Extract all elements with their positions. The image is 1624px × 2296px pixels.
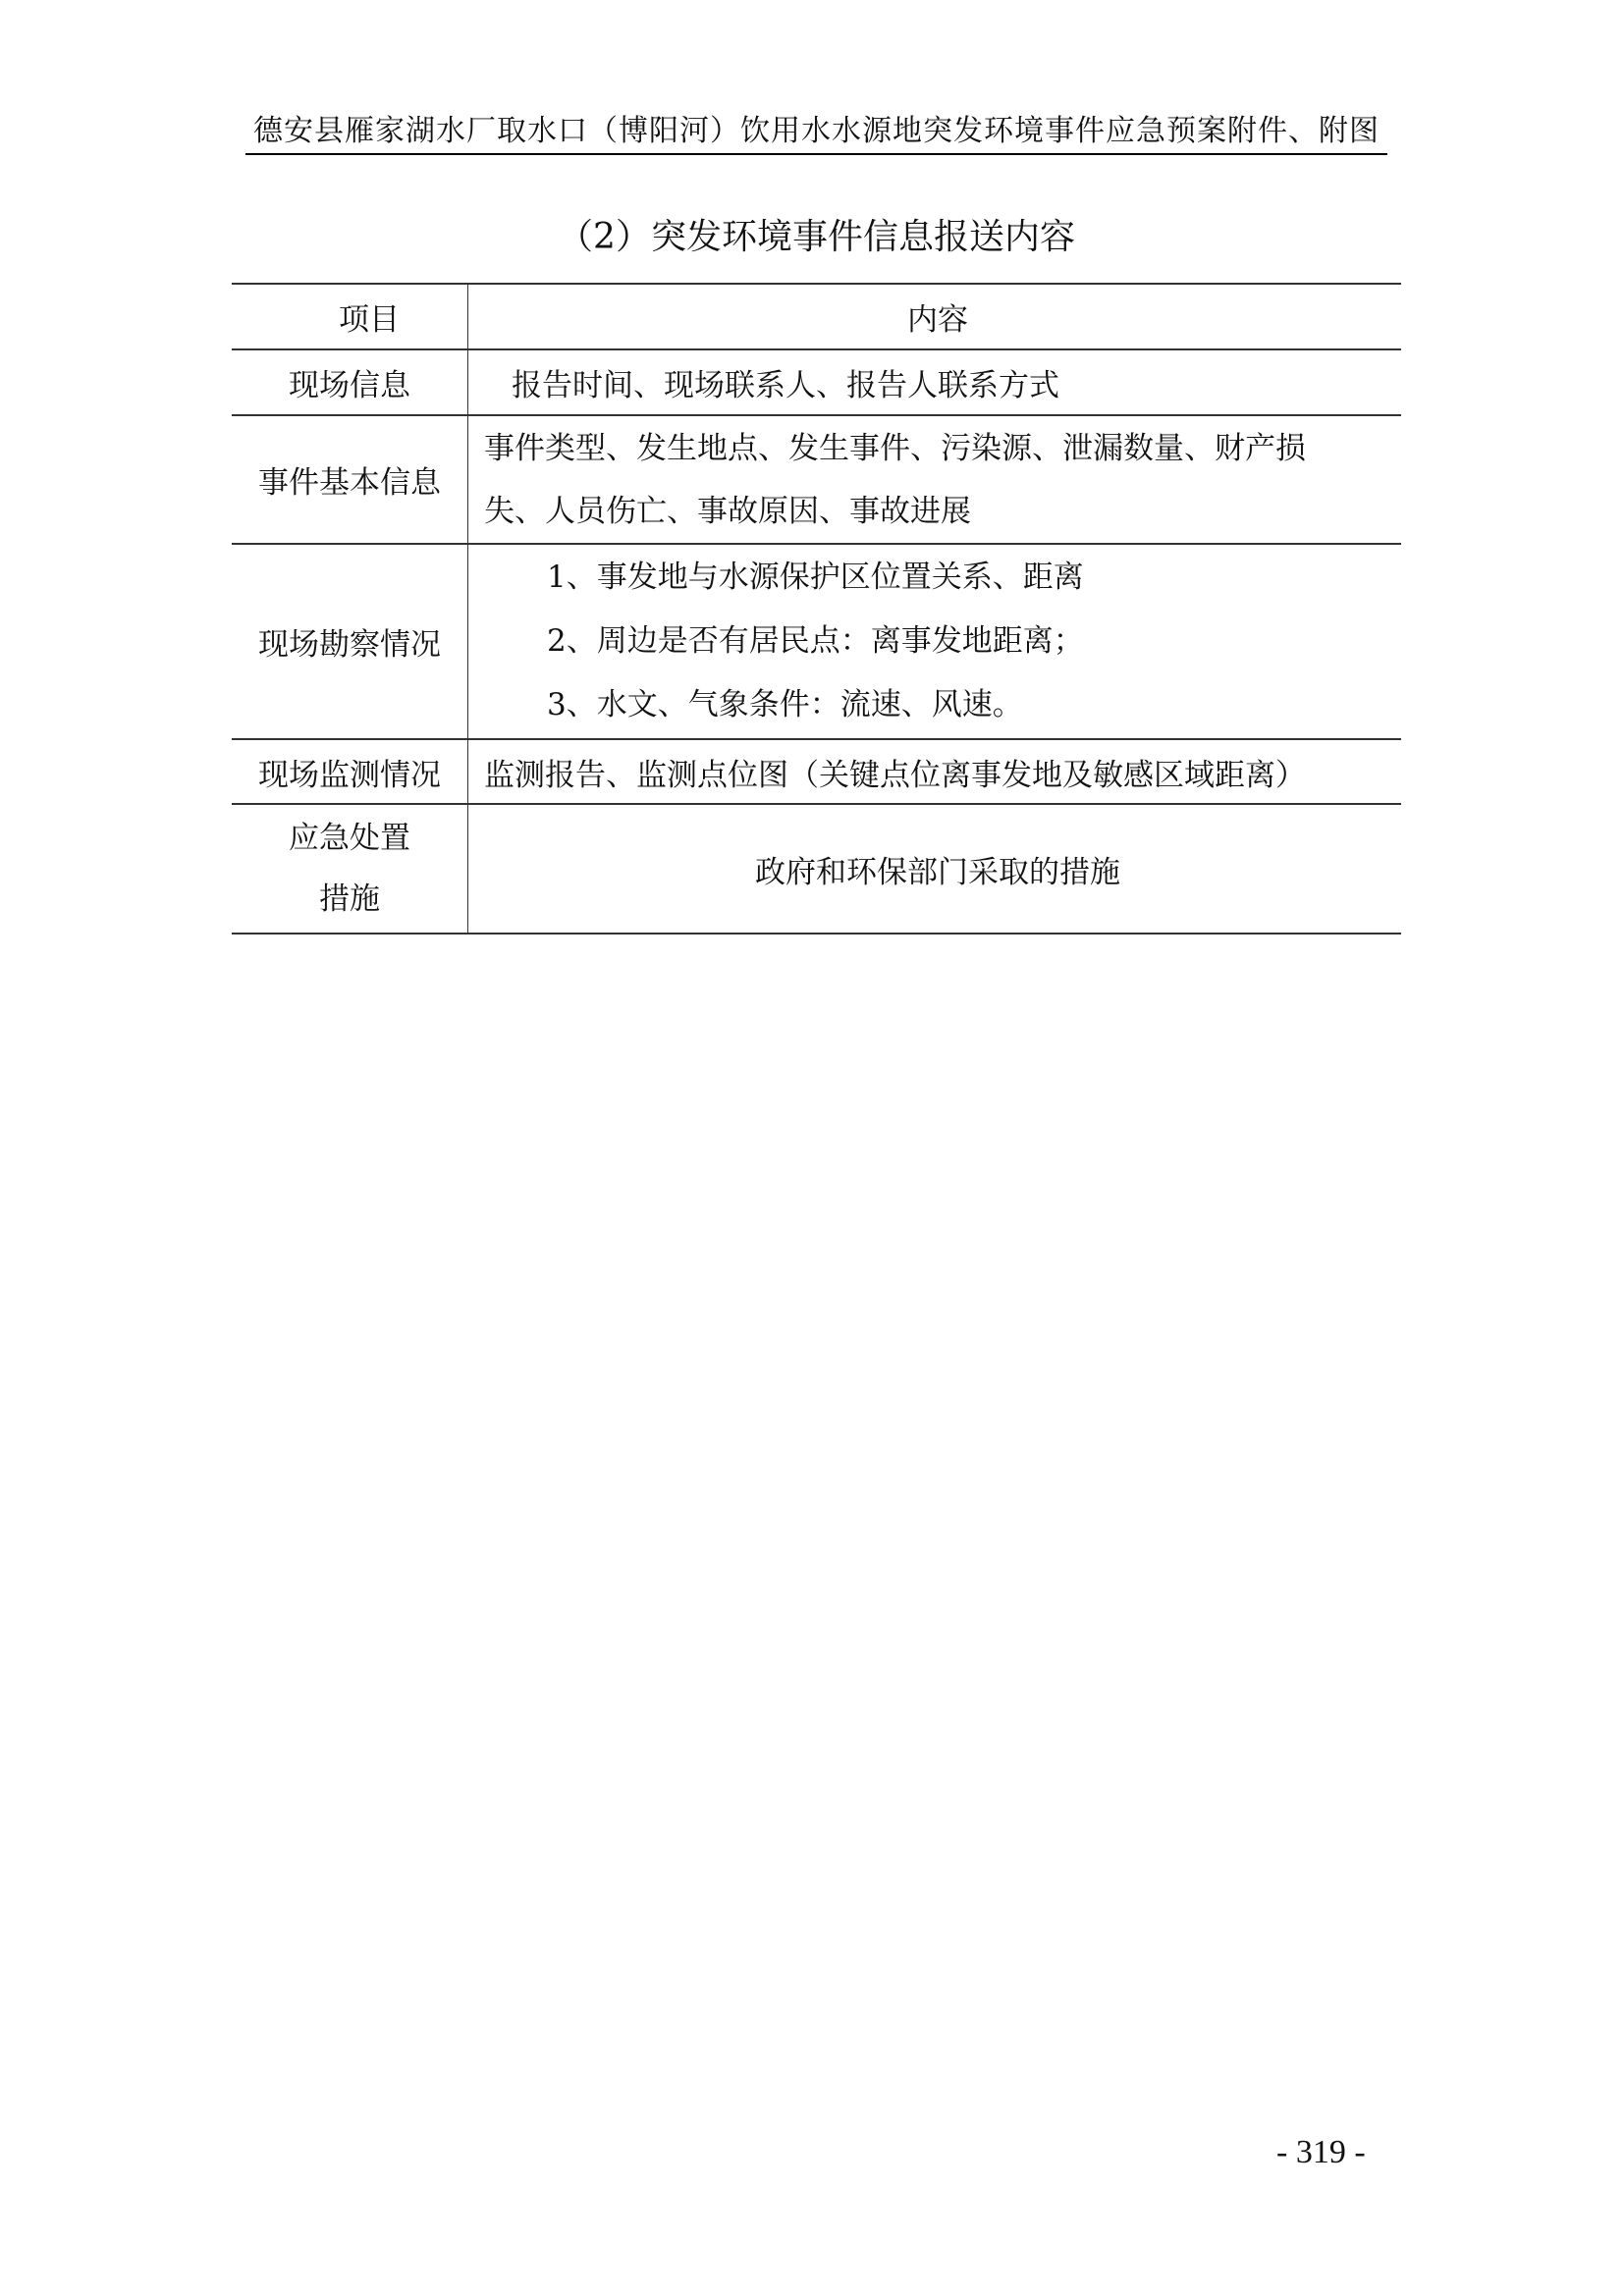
table-row: 现场信息 报告时间、现场联系人、报告人联系方式: [232, 349, 1401, 415]
row-content-line: 政府和环保部门采取的措施: [484, 847, 1391, 891]
row-content-line: 报告时间、现场联系人、报告人联系方式: [512, 360, 1391, 404]
header-rule-divider: [245, 153, 1387, 155]
table-row: 事件基本信息 事件类型、发生地点、发生事件、污染源、泄漏数量、财产损 失、人员伤…: [232, 415, 1401, 544]
row-item-label: 事件基本信息: [232, 415, 468, 544]
column-header-content: 内容: [468, 284, 1402, 349]
info-report-table: 项目 内容 现场信息 报告时间、现场联系人、报告人联系方式 事件基本信息 事件类…: [232, 283, 1401, 934]
section-title: （2）突发环境事件信息报送内容: [232, 216, 1401, 259]
row-item-label: 现场信息: [232, 349, 468, 415]
row-item-label-line: 措施: [232, 869, 467, 930]
row-content-line: 2、周边是否有居民点：离事发地距离；: [547, 610, 1391, 673]
row-content-line: 事件类型、发生地点、发生事件、污染源、泄漏数量、财产损: [484, 417, 1391, 480]
row-content: 事件类型、发生地点、发生事件、污染源、泄漏数量、财产损 失、人员伤亡、事故原因、…: [468, 415, 1402, 544]
row-content: 报告时间、现场联系人、报告人联系方式: [468, 349, 1402, 415]
row-content: 监测报告、监测点位图（关键点位离事发地及敏感区域距离）: [468, 739, 1402, 804]
row-item-label: 现场监测情况: [232, 739, 468, 804]
table-row: 现场勘察情况 1、事发地与水源保护区位置关系、距离 2、周边是否有居民点：离事发…: [232, 544, 1401, 739]
row-item-label: 应急处置 措施: [232, 804, 468, 934]
page-number: - 319 -: [1276, 2134, 1366, 2171]
row-item-label-line: 应急处置: [232, 808, 467, 869]
running-header-title: 德安县雁家湖水厂取水口（博阳河）饮用水水源地突发环境事件应急预案附件、附图: [245, 114, 1387, 149]
row-content-line: 监测报告、监测点位图（关键点位离事发地及敏感区域距离）: [484, 750, 1391, 794]
table-row: 应急处置 措施 政府和环保部门采取的措施: [232, 804, 1401, 934]
column-header-item-label: 项目: [299, 302, 400, 338]
row-content: 政府和环保部门采取的措施: [468, 804, 1402, 934]
table-row: 现场监测情况 监测报告、监测点位图（关键点位离事发地及敏感区域距离）: [232, 739, 1401, 804]
row-content-line: 3、水文、气象条件：流速、风速。: [547, 673, 1391, 737]
row-content: 1、事发地与水源保护区位置关系、距离 2、周边是否有居民点：离事发地距离； 3、…: [468, 544, 1402, 739]
row-content-line: 失、人员伤亡、事故原因、事故进展: [484, 480, 1391, 543]
column-header-item: 项目: [232, 284, 468, 349]
row-content-line: 1、事发地与水源保护区位置关系、距离: [547, 546, 1391, 610]
table-header-row: 项目 内容: [232, 284, 1401, 349]
row-item-label: 现场勘察情况: [232, 544, 468, 739]
